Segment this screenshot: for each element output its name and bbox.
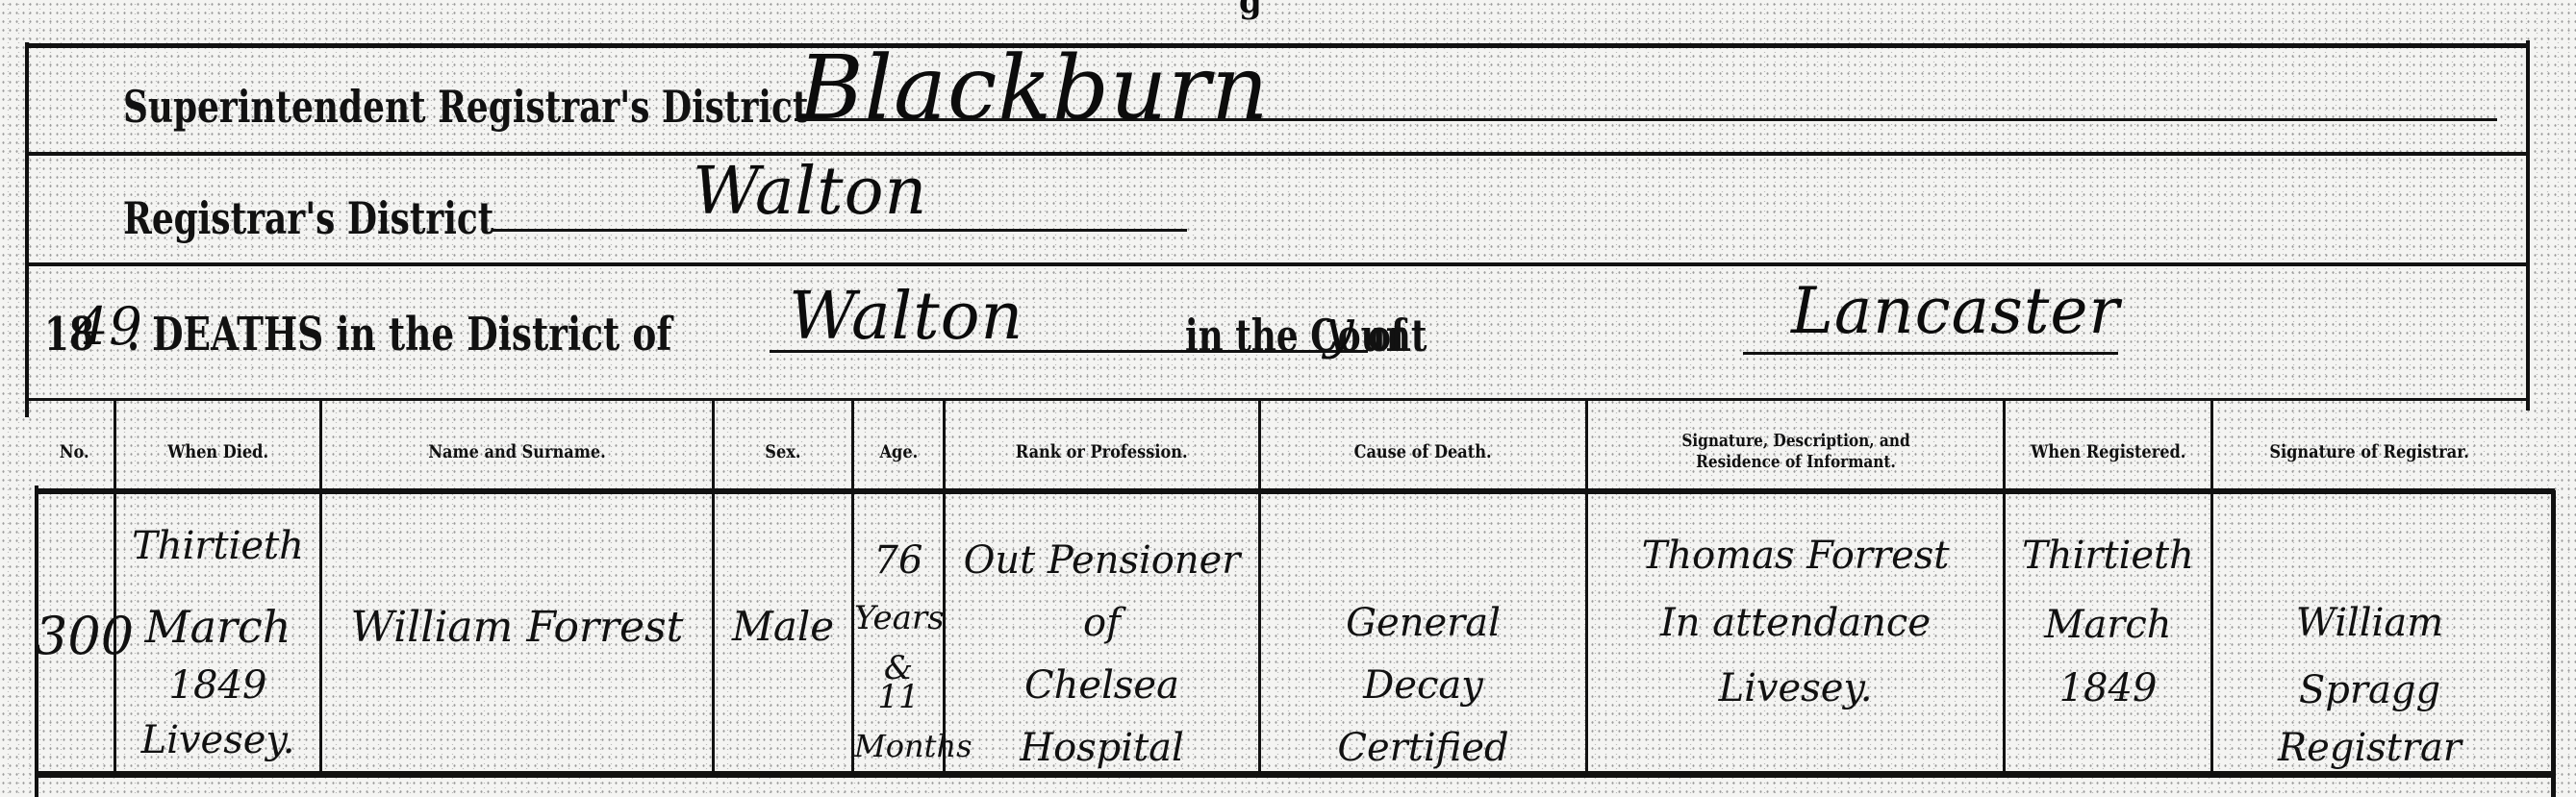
entry-sex: Male	[715, 495, 851, 774]
frame-right-border	[2526, 40, 2530, 411]
entry-registrar: William Spragg Registrar	[2213, 495, 2526, 774]
registrar-district-value: Walton	[693, 154, 927, 230]
entry-rank: Out Pensioner of Chelsea Hospital	[946, 495, 1258, 774]
deaths-district-value: Walton	[789, 279, 1023, 355]
entry-informant: Thomas Forrest In attendance Livesey.	[1588, 495, 2003, 774]
column-header-name: Name and Surname.	[322, 413, 712, 490]
column-header-when-registered: When Registered.	[2006, 413, 2210, 490]
column-header-registrar: Signature of Registrar.	[2213, 413, 2526, 490]
frame-left-border	[25, 42, 29, 417]
entry-when-registered: Thirtieth March 1849	[2006, 495, 2210, 774]
entry-age: 76 Years & 11 Months	[854, 495, 943, 774]
county-value: Lancaster	[1791, 274, 2120, 348]
column-header-no: No.	[35, 413, 114, 490]
county-underline	[1743, 352, 2118, 355]
column-header-cause: Cause of Death.	[1261, 413, 1585, 490]
rule-row3	[29, 398, 2526, 401]
entry-when-died: Thirtieth March 1849 Livesey.	[116, 495, 319, 774]
entry-name: William Forrest	[322, 495, 712, 774]
superintendent-district-value: Blackburn	[798, 37, 1270, 139]
frame-right-border-lower	[2551, 490, 2556, 797]
column-header-sex: Sex.	[715, 413, 851, 490]
column-header-when-died: When Died.	[116, 413, 319, 490]
county-handwritten-y: y	[1324, 298, 1355, 361]
rule-top	[29, 43, 2526, 48]
entry-cause: General Decay Certified	[1261, 495, 1585, 774]
deaths-district-label: . DEATHS in the District of	[127, 308, 671, 361]
column-header-rank: Rank or Profession.	[946, 413, 1258, 490]
county-label-suffix: of	[1368, 310, 1405, 361]
entry-no: 300	[35, 495, 114, 774]
registrar-district-label: Registrar's District	[123, 192, 493, 244]
top-mark: g	[1239, 0, 1263, 21]
column-header-informant: Signature, Description, and Residence of…	[1588, 413, 2003, 490]
rule-row2	[29, 262, 2526, 266]
rule-row1	[29, 152, 2526, 156]
column-header-age: Age.	[854, 413, 943, 490]
superintendent-district-label: Superintendent Registrar's District	[123, 81, 808, 133]
